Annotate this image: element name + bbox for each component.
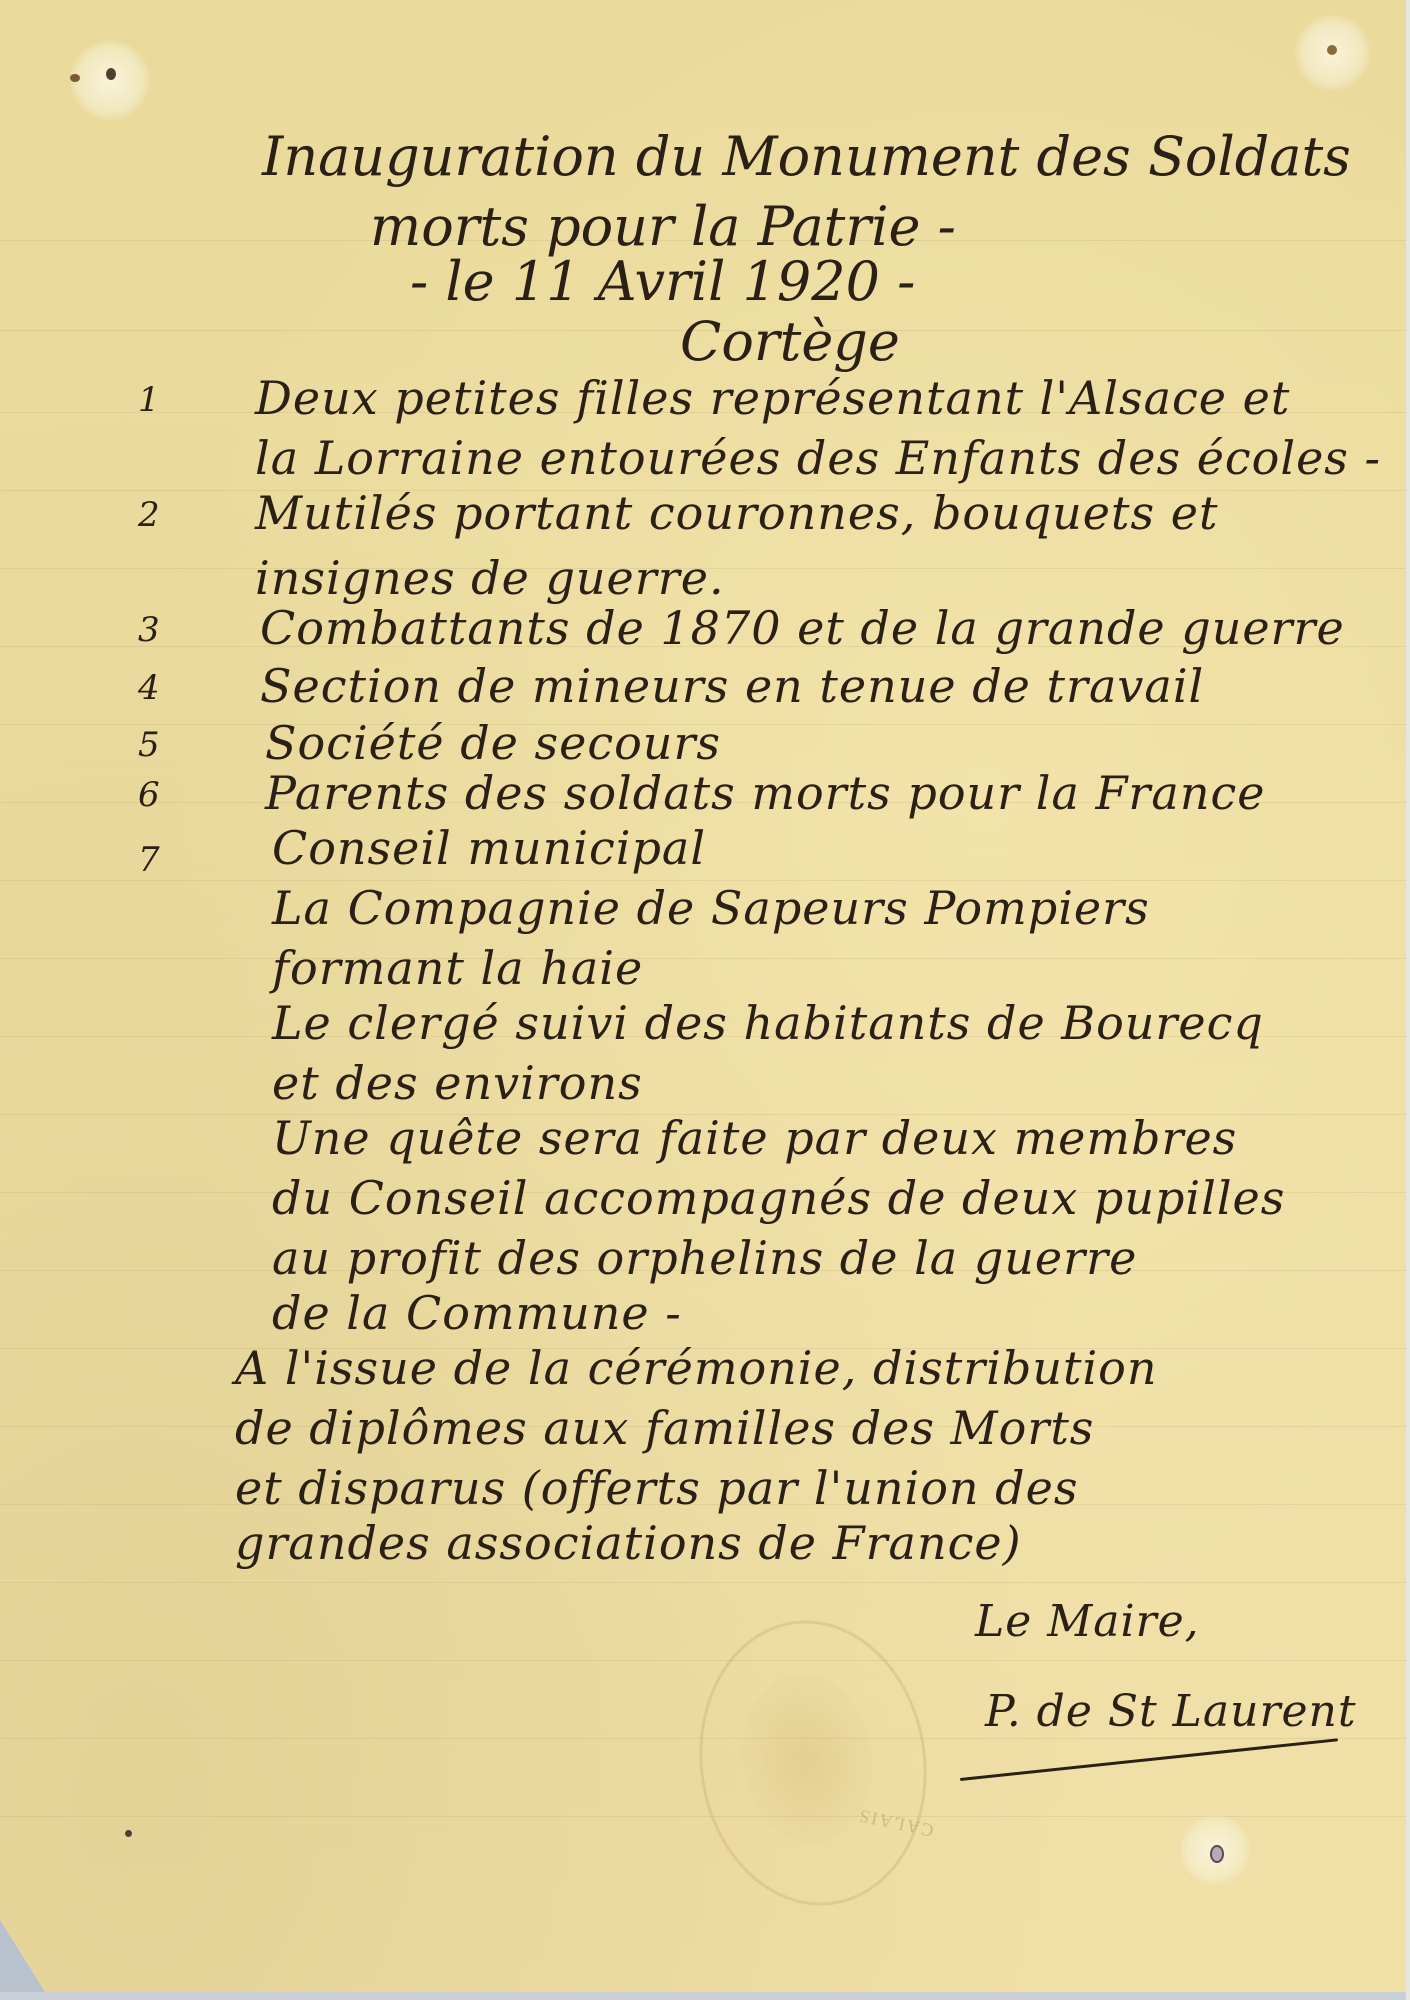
ruled-line <box>0 1582 1410 1583</box>
item-number: 7 <box>138 840 160 880</box>
stamp-text: CALAIS <box>856 1804 936 1841</box>
closing-line-3: et disparus (offerts par l'union des <box>235 1465 1078 1511</box>
pompiers-line-2: formant la haie <box>272 945 643 991</box>
pin-hole-bottom-right <box>1180 1815 1250 1885</box>
closing-line-1: A l'issue de la cérémonie, distribution <box>235 1345 1158 1391</box>
collection-line-3: au profit des orphelins de la guerre <box>272 1235 1137 1281</box>
item-number: 2 <box>138 495 160 535</box>
background-edge <box>0 1992 1410 2000</box>
cortege-item-4: Section de mineurs en tenue de travail <box>260 663 1204 709</box>
cortege-item-3: Combattants de 1870 et de la grande guer… <box>260 605 1345 651</box>
title-line-2: morts pour la Patrie - <box>370 200 956 254</box>
signature-underline <box>960 1738 1338 1781</box>
cortege-item-2-line-2: insignes de guerre. <box>255 555 725 601</box>
cortege-item-2-line-1: Mutilés portant couronnes, bouquets et <box>255 490 1218 536</box>
clergy-line-2: et des environs <box>272 1060 643 1106</box>
ruled-line <box>0 958 1410 959</box>
pompiers-line-1: La Compagnie de Sapeurs Pompiers <box>272 885 1150 931</box>
item-number: 4 <box>138 668 160 708</box>
mairie-stamp: CALAIS <box>681 1606 945 1921</box>
cortege-heading: Cortège <box>680 315 900 369</box>
closing-line-2: de diplômes aux familles des Morts <box>235 1405 1094 1451</box>
closing-line-4: grandes associations de France) <box>235 1520 1022 1566</box>
collection-line-2: du Conseil accompagnés de deux pupilles <box>272 1175 1285 1221</box>
item-number: 3 <box>138 610 160 650</box>
torn-corner <box>0 1920 50 2000</box>
cortege-item-1-line-2: la Lorraine entourées des Enfants des éc… <box>255 435 1381 481</box>
ruled-line <box>0 1816 1410 1817</box>
pin-hole-top-right <box>1295 15 1370 90</box>
cortege-item-6: Parents des soldats morts pour la France <box>265 770 1265 816</box>
clergy-line-1: Le clergé suivi des habitants de Bourecq <box>272 1000 1264 1046</box>
background-edge <box>1406 0 1410 2000</box>
title-date-line: - le 11 Avril 1920 - <box>410 255 915 309</box>
cortege-item-1-line-1: Deux petites filles représentant l'Alsac… <box>255 375 1290 421</box>
collection-line-1: Une quête sera faite par deux membres <box>272 1115 1237 1161</box>
item-number: 6 <box>138 775 160 815</box>
cortege-item-5: Société de secours <box>265 720 721 766</box>
cortege-item-7: Conseil municipal <box>272 825 706 871</box>
collection-line-4: de la Commune - <box>272 1290 682 1336</box>
ruled-line <box>0 1660 1410 1661</box>
signature-role: Le Maire, <box>975 1600 1200 1644</box>
document-sheet: CALAIS Inauguration du Monument des Sold… <box>0 0 1410 2000</box>
item-number: 1 <box>138 380 160 420</box>
ink-spot <box>115 1820 145 1850</box>
signature-name: P. de St Laurent <box>985 1690 1357 1734</box>
item-number: 5 <box>138 725 160 765</box>
title-line-1: Inauguration du Monument des Soldats <box>262 130 1351 184</box>
pin-hole-top-left <box>70 40 150 120</box>
